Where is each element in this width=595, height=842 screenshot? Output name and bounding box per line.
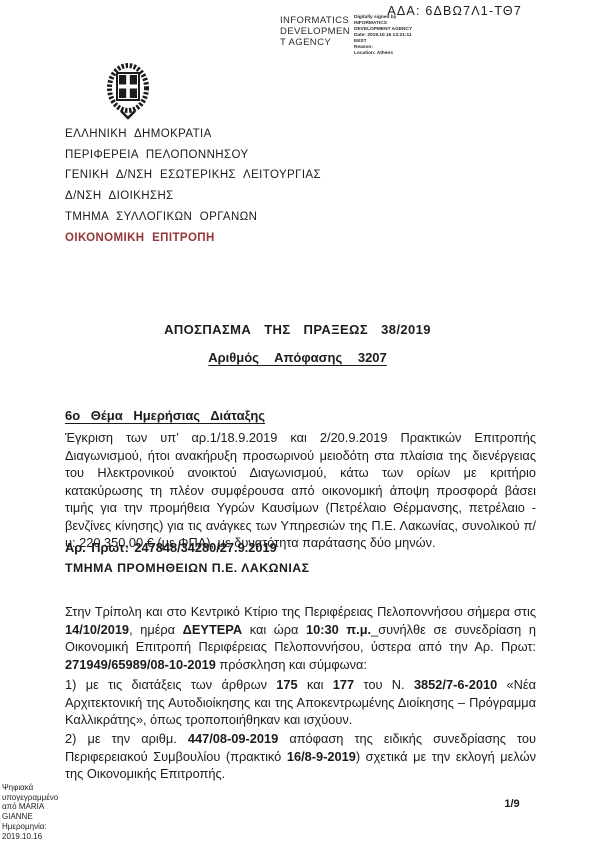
document-page: ΑΔΑ: 6ΔΒΩ7Λ1-ΤΘ7 INFORMATICS DEVELOPMEN …: [0, 0, 595, 842]
stamp-signature-details: Digitally signed by INFORMATICS DEVELOPM…: [354, 15, 412, 57]
legal-basis-item-1: 1) με τις διατάξεις των άρθρων 175 και 1…: [65, 676, 536, 729]
letterhead-line-committee: ΟΙΚΟΝΟΜΙΚΗ ΕΠΙΤΡΟΠΗ: [65, 228, 365, 249]
letterhead-line-region: ΠΕΡΙΦΕΡΕΙΑ ΠΕΛΟΠΟΝΝΗΣΟΥ: [65, 145, 365, 166]
act-extract-title: ΑΠΟΣΠΑΣΜΑ ΤΗΣ ΠΡΑΞΕΩΣ 38/2019: [0, 322, 595, 337]
letterhead: ΕΛΛΗΝΙΚΗ ΔΗΜΟΚΡΑΤΙΑ ΠΕΡΙΦΕΡΕΙΑ ΠΕΛΟΠΟΝΝΗ…: [65, 124, 365, 248]
stamp-agency-name: INFORMATICS DEVELOPMEN T AGENCY: [280, 15, 350, 57]
digital-signature-stamp: INFORMATICS DEVELOPMEN T AGENCY Digitall…: [280, 15, 412, 57]
protocol-number-line: Αρ. Πρωτ: 247848/34280/27.9.2019: [65, 540, 277, 555]
letterhead-line-general-directorate: ΓΕΝΙΚΗ Δ/ΝΣΗ ΕΣΩΤΕΡΙΚΗΣ ΛΕΙΤΟΥΡΓΙΑΣ: [65, 165, 365, 186]
agenda-item-heading: 6ο Θέμα Ημερήσιας Διάταξης: [65, 408, 265, 423]
letterhead-line-directorate: Δ/ΝΣΗ ΔΙΟΙΚΗΣΗΣ: [65, 186, 365, 207]
coat-of-arms-svg: [104, 62, 152, 120]
document-title-block: ΑΠΟΣΠΑΣΜΑ ΤΗΣ ΠΡΑΞΕΩΣ 38/2019 Αριθμός Απ…: [0, 322, 595, 365]
page-number: 1/9: [492, 798, 532, 810]
decision-number-title: Αριθμός Απόφασης 3207: [0, 350, 595, 365]
letterhead-line-republic: ΕΛΛΗΝΙΚΗ ΔΗΜΟΚΡΑΤΙΑ: [65, 124, 365, 145]
procurement-department-line: ΤΜΗΜΑ ΠΡΟΜΗΘΕΙΩΝ Π.Ε. ΛΑΚΩΝΙΑΣ: [65, 561, 310, 575]
session-paragraph: Στην Τρίπολη και στο Κεντρικό Κτίριο της…: [65, 603, 536, 673]
legal-basis-item-2: 2) με την αριθμ. 447/08-09-2019 απόφαση …: [65, 730, 536, 783]
digital-signature-note: Ψηφιακά υπογεγραμμένο από MARIA GIANNE Η…: [2, 783, 72, 841]
greek-coat-of-arms-icon: [104, 62, 152, 120]
approval-paragraph: Έγκριση των υπ’ αρ.1/18.9.2019 και 2/20.…: [65, 429, 536, 552]
letterhead-line-department: ΤΜΗΜΑ ΣΥΛΛΟΓΙΚΩΝ ΟΡΓΑΝΩΝ: [65, 207, 365, 228]
